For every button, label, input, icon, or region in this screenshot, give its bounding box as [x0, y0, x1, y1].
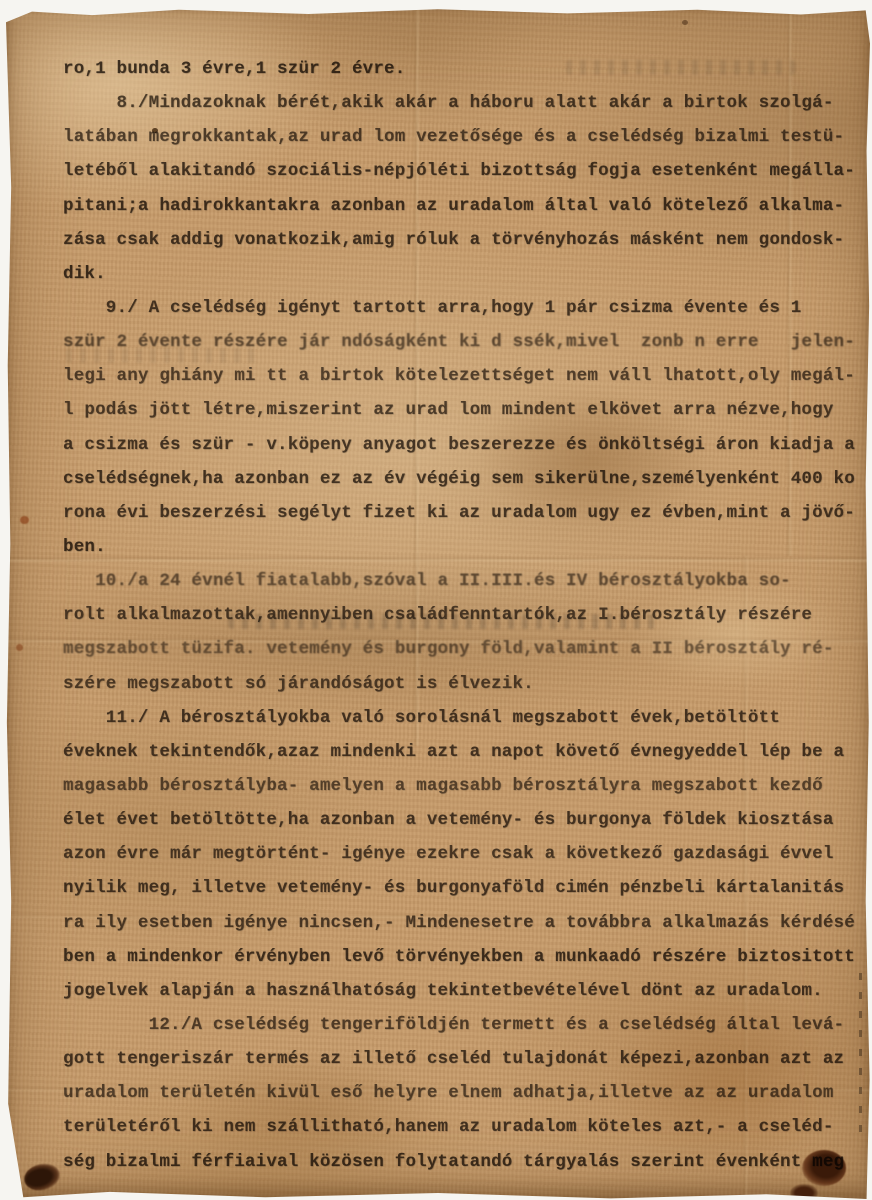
text-line-20: 11./ A bérosztályokba való sorolásnál me…: [63, 701, 860, 735]
text-line-9: szür 2 évente részére jár ndóságként ki …: [63, 325, 860, 359]
paper-sheet: ro,1 bunda 3 évre,1 szür 2 évre. 8./Mind…: [6, 8, 870, 1199]
rust-speck: [20, 516, 29, 524]
text-line-6: zása csak addig vonatkozik,amig róluk a …: [63, 223, 860, 257]
text-line-23: élet évet betöltötte,ha azonban a vetemé…: [63, 803, 860, 837]
text-line-33: ség bizalmi férfiaival közösen folytatan…: [63, 1145, 860, 1179]
text-line-18: megszabott tüzifa. vetemény és burgony f…: [63, 632, 860, 666]
text-line-8: 9./ A cselédség igényt tartott arra,hogy…: [63, 291, 860, 325]
text-line-29: 12./A cselédség tengeriföldjén termett é…: [63, 1008, 860, 1042]
text-line-26: ra ily esetben igénye nincsen,- Mindenes…: [63, 906, 860, 940]
text-line-12: a csizma és szür - v.köpeny anyagot besz…: [63, 428, 860, 462]
ink-blot: [21, 1160, 62, 1194]
text-line-19: szére megszabott só járandóságot is élve…: [63, 667, 860, 701]
text-line-10: legi any ghiány mi tt a birtok kötelezet…: [63, 359, 860, 393]
text-line-22: magasabb bérosztályba- amelyen a magasab…: [63, 769, 860, 803]
text-line-13: cselédségnek,ha azonban ez az év végéig …: [63, 462, 860, 496]
text-line-31: uradalom területén kivül eső helyre elne…: [63, 1076, 860, 1110]
text-line-24: azon évre már megtörtént- igénye ezekre …: [63, 837, 860, 871]
text-line-15: ben.: [63, 530, 860, 564]
text-line-27: ben a mindenkor érvényben levő törvények…: [63, 940, 860, 974]
text-line-25: nyilik meg, illetve vetemény- és burgony…: [63, 871, 860, 905]
text-line-7: dik.: [63, 257, 860, 291]
text-line-17: rolt alkalmazottak,amennyiben családfenn…: [63, 598, 860, 632]
scanned-page: ro,1 bunda 3 évre,1 szür 2 évre. 8./Mind…: [0, 0, 872, 1200]
text-line-11: l podás jött létre,miszerint az urad lom…: [63, 393, 860, 427]
ink-blot: [790, 1184, 818, 1200]
text-line-4: letéből alakitandó szociális-népjóléti b…: [63, 154, 860, 188]
text-line-32: területéről ki nem szállitható,hanem az …: [63, 1110, 860, 1144]
text-line-28: jogelvek alapján a használhatóság tekint…: [63, 974, 860, 1008]
text-line-14: rona évi beszerzési segélyt fizet ki az …: [63, 496, 860, 530]
text-line-3: latában megrokkantak,az urad lom vezetős…: [63, 120, 860, 154]
text-line-30: gott tengeriszár termés az illető cseléd…: [63, 1042, 860, 1076]
text-line-21: éveknek tekintendők,azaz mindenki azt a …: [63, 735, 860, 769]
text-line-1: ro,1 bunda 3 évre,1 szür 2 évre.: [63, 52, 860, 86]
speck: [682, 20, 688, 25]
text-line-5: pitani;a hadirokkantakra azonban az urad…: [63, 189, 860, 223]
text-line-16: 10./a 24 évnél fiatalabb,szóval a II.III…: [63, 564, 860, 598]
rust-speck: [16, 644, 23, 651]
typewritten-text: ro,1 bunda 3 évre,1 szür 2 évre. 8./Mind…: [63, 52, 860, 1179]
text-line-2: 8./Mindazoknak bérét,akik akár a háboru …: [63, 86, 860, 120]
